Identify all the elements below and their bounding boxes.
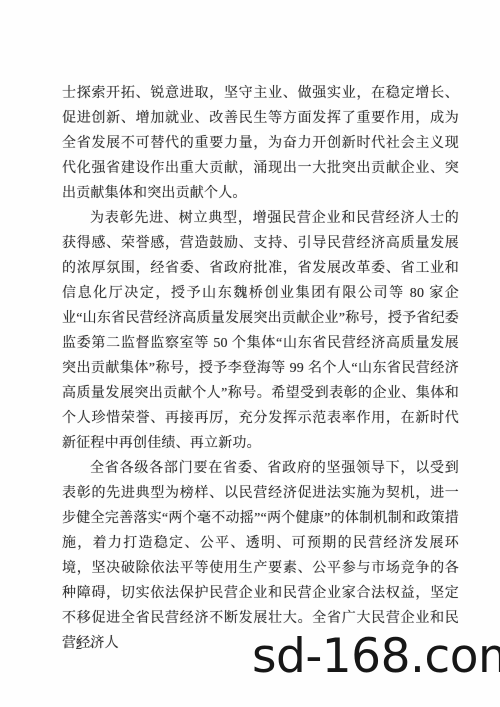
watermark-text: sd-168.com [252, 632, 500, 682]
document-body: 士探索开拓、锐意进取，坚守主业、做强实业，在稳定增长、促进创新、增加就业、改善民… [62, 81, 459, 656]
paragraph-requirements: 全省各级各部门要在省委、省政府的坚强领导下，以受到表彰的先进典型为榜样、以民营经… [62, 456, 459, 656]
page-number: - 2 - [64, 637, 96, 653]
document-page: 士探索开拓、锐意进取，坚守主业、做强实业，在稳定增长、促进创新、增加就业、改善民… [0, 0, 500, 707]
paragraph-continuation: 士探索开拓、锐意进取，坚守主业、做强实业，在稳定增长、促进创新、增加就业、改善民… [62, 81, 459, 206]
paragraph-commendation: 为表彰先进、树立典型，增强民营企业和民营经济人士的获得感、荣誉感，营造鼓励、支持… [62, 206, 459, 456]
